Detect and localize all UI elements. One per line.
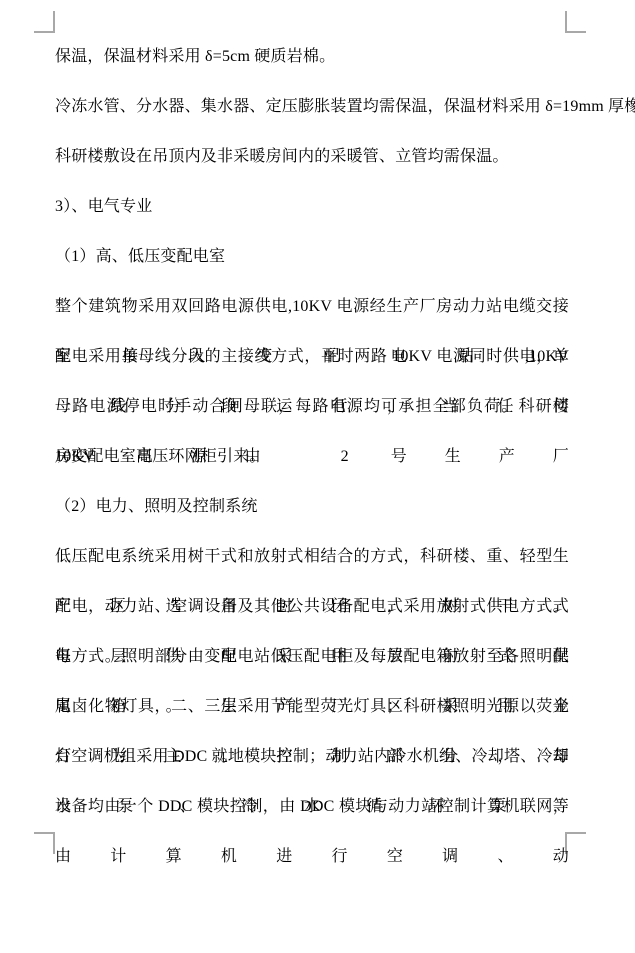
text-line[interactable]: 电方式。照明部分由变配电站低压配电柜及每层配电箱放射至各照明配电箱。生产厂区采用… <box>55 632 569 682</box>
document-body[interactable]: 保温，保温材料采用 δ=5cm 硬质岩棉。冷冻水管、分水器、集水器、定压膨胀装置… <box>55 32 569 832</box>
text-line[interactable]: 科研楼敷设在吊顶内及非采暖房间内的采暖管、立管均需保温。 <box>55 132 569 182</box>
text-line[interactable]: 配电采用单母线分段的主接线方式，平时两路 10KV 电源同时供电，单母线分段运行… <box>55 332 569 382</box>
text-line[interactable]: （1）高、低压变配电室 <box>55 232 569 282</box>
text-line[interactable]: 属卤化物灯具，二、三层采用节能型荧光灯具；科研楼照明光源以荧光灯为主。控制部分，… <box>55 682 569 732</box>
text-line[interactable]: 配电，动力站、空调设备及其他公共设备配电，采用放射式供电方式。每层供电采用放射式… <box>55 582 569 632</box>
text-line[interactable]: 设备均由一个 DDC 模块控制，由 DDC 模块与动力站控制计算机联网，由计算机… <box>55 782 569 832</box>
text-line[interactable]: 保温，保温材料采用 δ=5cm 硬质岩棉。 <box>55 32 569 82</box>
text-line[interactable]: 冷冻水管、分水器、集水器、定压膨胀装置均需保温，保温材料采用 δ=19mm 厚橡… <box>55 82 569 132</box>
text-line[interactable]: （2）电力、照明及控制系统 <box>55 482 569 532</box>
document-page: 保温，保温材料采用 δ=5cm 硬质岩棉。冷冻水管、分水器、集水器、定压膨胀装置… <box>0 0 635 953</box>
crop-mark-top-right-icon <box>565 11 586 33</box>
crop-mark-bottom-left-icon <box>34 832 55 854</box>
text-line[interactable]: 一路电源停电时手动合闸母联，每路电源均可承担全部负荷。科研楼 10KV 电源由 … <box>55 382 569 432</box>
text-line[interactable]: 整个建筑物采用双回路电源供电,10KV 电源经生产厂房动力站电缆交接室接入变配电… <box>55 282 569 332</box>
text-line[interactable]: 3）、电气专业 <box>55 182 569 232</box>
crop-mark-top-left-icon <box>34 11 55 33</box>
text-line[interactable]: 低压配电系统采用树干式和放射式相结合的方式，科研楼、重、轻型生产区选用封闭式树干… <box>55 532 569 582</box>
text-line[interactable]: 台空调机组采用 DDC 就地模块控制；动力站内冷水机组、冷却塔、冷却水泵、冷水循… <box>55 732 569 782</box>
